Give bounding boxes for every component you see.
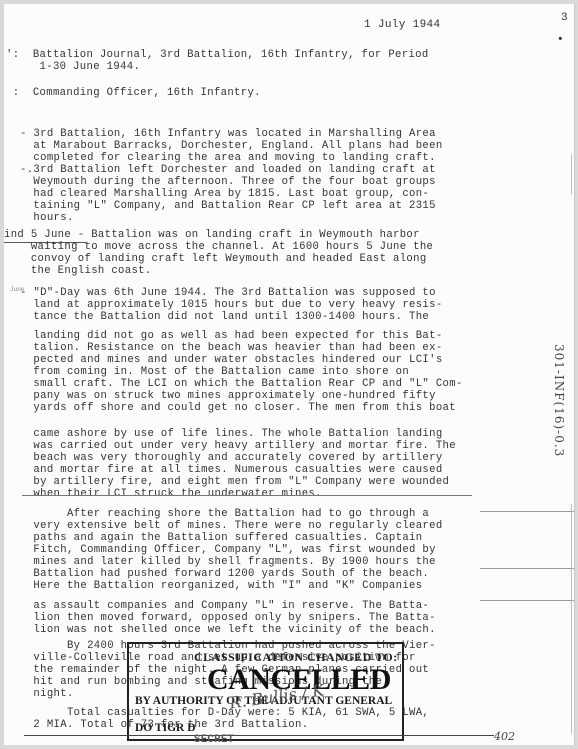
margin-dash — [571, 154, 572, 194]
body-line: landing did not go as well as had been e… — [20, 330, 443, 342]
body-line: tance the Battalion did not land until 1… — [20, 311, 429, 323]
stamp-office: DO TIGR D — [135, 722, 196, 734]
body-line: pected and mines and under water obstacl… — [20, 354, 443, 366]
body-line: waiting to move across the channel. At 1… — [4, 241, 433, 253]
page-number: 402 — [494, 730, 515, 743]
body-line: as assault companies and Company "L" in … — [20, 600, 429, 612]
document-page: 1 July 1944 3 • ': Battalion Journal, 3r… — [4, 4, 575, 745]
body-line: - "D"-Day was 6th June 1944. The 3rd Bat… — [20, 287, 436, 299]
body-line: talion. Resistance on the beach was heav… — [20, 342, 443, 354]
body-line: had cleared Marshalling Area by 1815. La… — [20, 188, 429, 200]
body-line: Weymouth during the afternoon. Three of … — [20, 176, 436, 188]
document-date: 1 July 1944 — [364, 19, 440, 31]
body-line: Fitch, Commanding Officer, Company "L", … — [20, 544, 436, 556]
subject-line-1: ': Battalion Journal, 3rd Battalion, 16t… — [6, 49, 429, 61]
body-line: - 3rd Battalion, 16th Infantry was locat… — [20, 128, 436, 140]
body-line: small craft. The LCI on which the Battal… — [20, 378, 463, 390]
body-line: taining "L" Company, and Battalion Rear … — [20, 200, 436, 212]
body-line: completed for clearing the area and movi… — [20, 152, 436, 164]
body-line: the English coast. — [4, 265, 152, 277]
to-line: : Commanding Officer, 16th Infantry. — [6, 87, 261, 99]
body-line: land at approximately 1015 hours but due… — [20, 299, 443, 311]
body-line: paths and again the Battalion suffered c… — [20, 532, 422, 544]
body-line-5-june: ind 5 June - Battalion was on landing cr… — [4, 229, 420, 241]
margin-rule — [480, 511, 574, 512]
body-line: when their LCI struck the underwater min… — [20, 488, 322, 500]
body-line: very extensive belt of mines. There were… — [20, 520, 443, 532]
corner-mark: 3 — [561, 12, 568, 24]
strike-rule — [22, 495, 472, 496]
margin-rule — [480, 600, 574, 601]
body-line: and mortar fire at all times. Numerous c… — [20, 464, 443, 476]
handwritten-file-number: 301-INF(16)-0.3 — [552, 344, 566, 457]
corner-dot: • — [557, 34, 564, 46]
margin-rule — [480, 568, 574, 569]
body-line: mines and later killed by shell fragment… — [20, 556, 436, 568]
body-line: at Marabout Barracks, Dorchester, Englan… — [20, 140, 443, 152]
body-line: beach was very thoroughly and accurately… — [20, 452, 443, 464]
footer-classification: SECRET — [194, 734, 234, 745]
body-line: Battalion had pushed forward 1200 yards … — [20, 568, 429, 580]
body-line: hours. — [20, 212, 74, 224]
body-line: pany was on struck two mines approximate… — [20, 390, 436, 402]
body-line: -.3rd Battalion left Dorchester and load… — [20, 164, 436, 176]
body-line: yards off shore and could get no closer.… — [20, 402, 456, 414]
footer-rule — [24, 735, 494, 736]
body-line: came ashore by use of life lines. The wh… — [20, 428, 443, 440]
body-line: lion then moved forward, opposed only by… — [20, 612, 436, 624]
margin-dash — [571, 504, 572, 734]
body-line: convoy of landing craft left Weymouth an… — [4, 253, 427, 265]
body-line: night. — [20, 688, 74, 700]
body-line: After reaching shore the Battalion had t… — [20, 508, 429, 520]
subject-line-2: 1-30 June 1944. — [6, 61, 140, 73]
body-line: lion was not shelled once we left the vi… — [20, 624, 436, 636]
body-line: from coming in. Most of the Battalion ca… — [20, 366, 409, 378]
body-line: was carried out under very heavy artille… — [20, 440, 456, 452]
body-line: Here the Battalion reorganized, with "I"… — [20, 580, 422, 592]
body-line: by artillery fire, and eight men from "L… — [20, 476, 449, 488]
